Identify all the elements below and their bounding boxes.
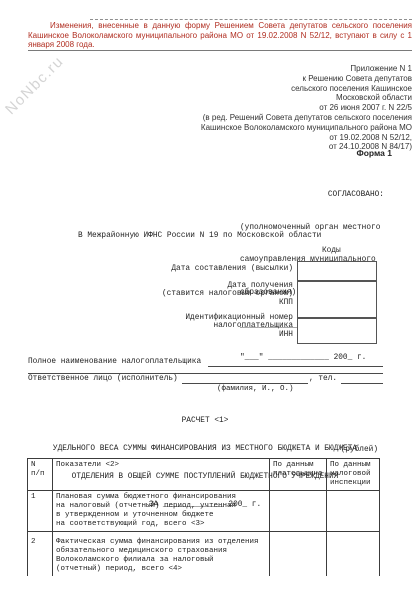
- indicator-line: на соответствующий год, всего <3>: [56, 520, 267, 529]
- approval-date-blank: "___" _____________ 200_ г.: [240, 353, 384, 364]
- approval-title: СОГЛАСОВАНО:: [240, 190, 384, 201]
- appendix-line: от 26 июня 2007 г. N 22/5: [201, 103, 412, 113]
- indicator-line: на налоговый (отчетный) период, учтенная: [56, 502, 267, 511]
- appendix-line: к Решению Совета депутатов: [201, 74, 412, 84]
- fio-hint: (фамилия, И., О.): [217, 385, 294, 393]
- code-label-line: Дата получения: [162, 282, 293, 290]
- appendix-line: Кашинское Волоколамского муниципального …: [201, 123, 412, 133]
- calc-title-line: УДЕЛЬНОГО ВЕСА СУММЫ ФИНАНСИРОВАНИЯ ИЗ М…: [27, 445, 383, 454]
- date-received-kpp-label: Дата получения (ставится налоговым орган…: [162, 282, 293, 307]
- indicator-line: Волоколамского филиала за налоговый: [56, 556, 267, 565]
- phone-label: , тел.: [309, 375, 337, 383]
- appendix-line: от 19.02.2008 N 52/12,: [201, 133, 412, 143]
- appendix-line: Московской области: [201, 93, 412, 103]
- amendment-note: Изменения, внесенные в данную форму Реше…: [28, 21, 412, 50]
- inspection-value-cell: [327, 532, 380, 577]
- watermark: NoNbc.ru: [2, 53, 67, 118]
- code-label-line: ИНН: [185, 331, 293, 339]
- taxpayer-name-label: Полное наименование налогоплательщика: [28, 358, 201, 366]
- code-label-line: налогоплательщика: [185, 322, 293, 330]
- document-page: NoNbc.ru Изменения, внесенные в данную ф…: [0, 0, 420, 600]
- date-received-kpp-box: [297, 281, 377, 318]
- indicator-line: Плановая сумма бюджетного финансирования: [56, 493, 267, 502]
- code-label-line: (ставится налоговым органом): [162, 290, 293, 298]
- inspection-value-cell: [327, 491, 380, 532]
- date-compiled-label: Дата составления (высылки): [171, 265, 293, 273]
- responsible-person-blank: [182, 383, 308, 384]
- code-label-line: Дата составления (высылки): [171, 265, 293, 273]
- row-indicator-cell: Фактическая сумма финансирования из отде…: [53, 532, 270, 577]
- currency-note: (рублей): [341, 446, 378, 454]
- payer-value-cell: [270, 491, 327, 532]
- header-line: По данным: [330, 461, 377, 470]
- inn-box: [297, 318, 377, 344]
- appendix-line: сельского поселения Кашинское: [201, 84, 412, 94]
- row-num-cell: 1: [28, 491, 53, 532]
- header-line: Показатели <2>: [56, 461, 267, 470]
- calc-table: N п/п Показатели <2> По данным плательщи…: [27, 458, 380, 576]
- amendment-separator-top: [90, 19, 412, 20]
- appendix-block: Приложение N 1 к Решению Совета депутато…: [201, 64, 412, 152]
- indicator-line: в утвержденном и уточненном бюджете: [56, 511, 267, 520]
- header-cell-inspection: По данным налоговой инспекции: [327, 459, 380, 491]
- table-row: 2 Фактическая сумма финансирования из от…: [28, 532, 380, 577]
- indicator-line: (отчетный) период, всего <4>: [56, 565, 267, 574]
- payer-value-cell: [270, 532, 327, 577]
- header-line: N: [31, 461, 50, 470]
- table-row: 1 Плановая сумма бюджетного финансирован…: [28, 491, 380, 532]
- addressee-line: В Межрайонную ИФНС России N 19 по Москов…: [78, 232, 321, 240]
- appendix-line: Приложение N 1: [201, 64, 412, 74]
- code-label-line: КПП: [162, 299, 293, 307]
- codes-label: Коды: [322, 247, 341, 255]
- appendix-line: (в ред. Решений Совета депутатов сельско…: [201, 113, 412, 123]
- taxpayer-name-blank-continued: [28, 373, 383, 374]
- indicator-line: обязательного медицинского страхования: [56, 547, 267, 556]
- row-indicator-cell: Плановая сумма бюджетного финансирования…: [53, 491, 270, 532]
- codes-box-column: [297, 261, 377, 344]
- header-line: инспекции: [330, 479, 377, 488]
- date-compiled-box: [297, 261, 377, 281]
- header-line: п/п: [31, 470, 50, 479]
- form-number-label: Форма 1: [356, 148, 392, 158]
- indicator-line: Фактическая сумма финансирования из отде…: [56, 538, 267, 547]
- taxpayer-name-blank: [208, 366, 383, 367]
- code-label-line: Идентификационный номер: [185, 314, 293, 322]
- calc-title-line: РАСЧЕТ <1>: [27, 417, 383, 426]
- header-line: По данным: [273, 461, 324, 470]
- header-cell-indicators: Показатели <2>: [53, 459, 270, 491]
- inn-label: Идентификационный номер налогоплательщик…: [185, 314, 293, 339]
- header-line: налоговой: [330, 470, 377, 479]
- header-cell-num: N п/п: [28, 459, 53, 491]
- amendment-separator-bottom: [28, 50, 412, 51]
- row-num-cell: 2: [28, 532, 53, 577]
- phone-blank: [341, 383, 383, 384]
- responsible-person-label: Ответственное лицо (исполнитель): [28, 375, 178, 383]
- table-header-row: N п/п Показатели <2> По данным плательщи…: [28, 459, 380, 491]
- header-cell-payer: По данным плательщика: [270, 459, 327, 491]
- header-line: плательщика: [273, 470, 324, 479]
